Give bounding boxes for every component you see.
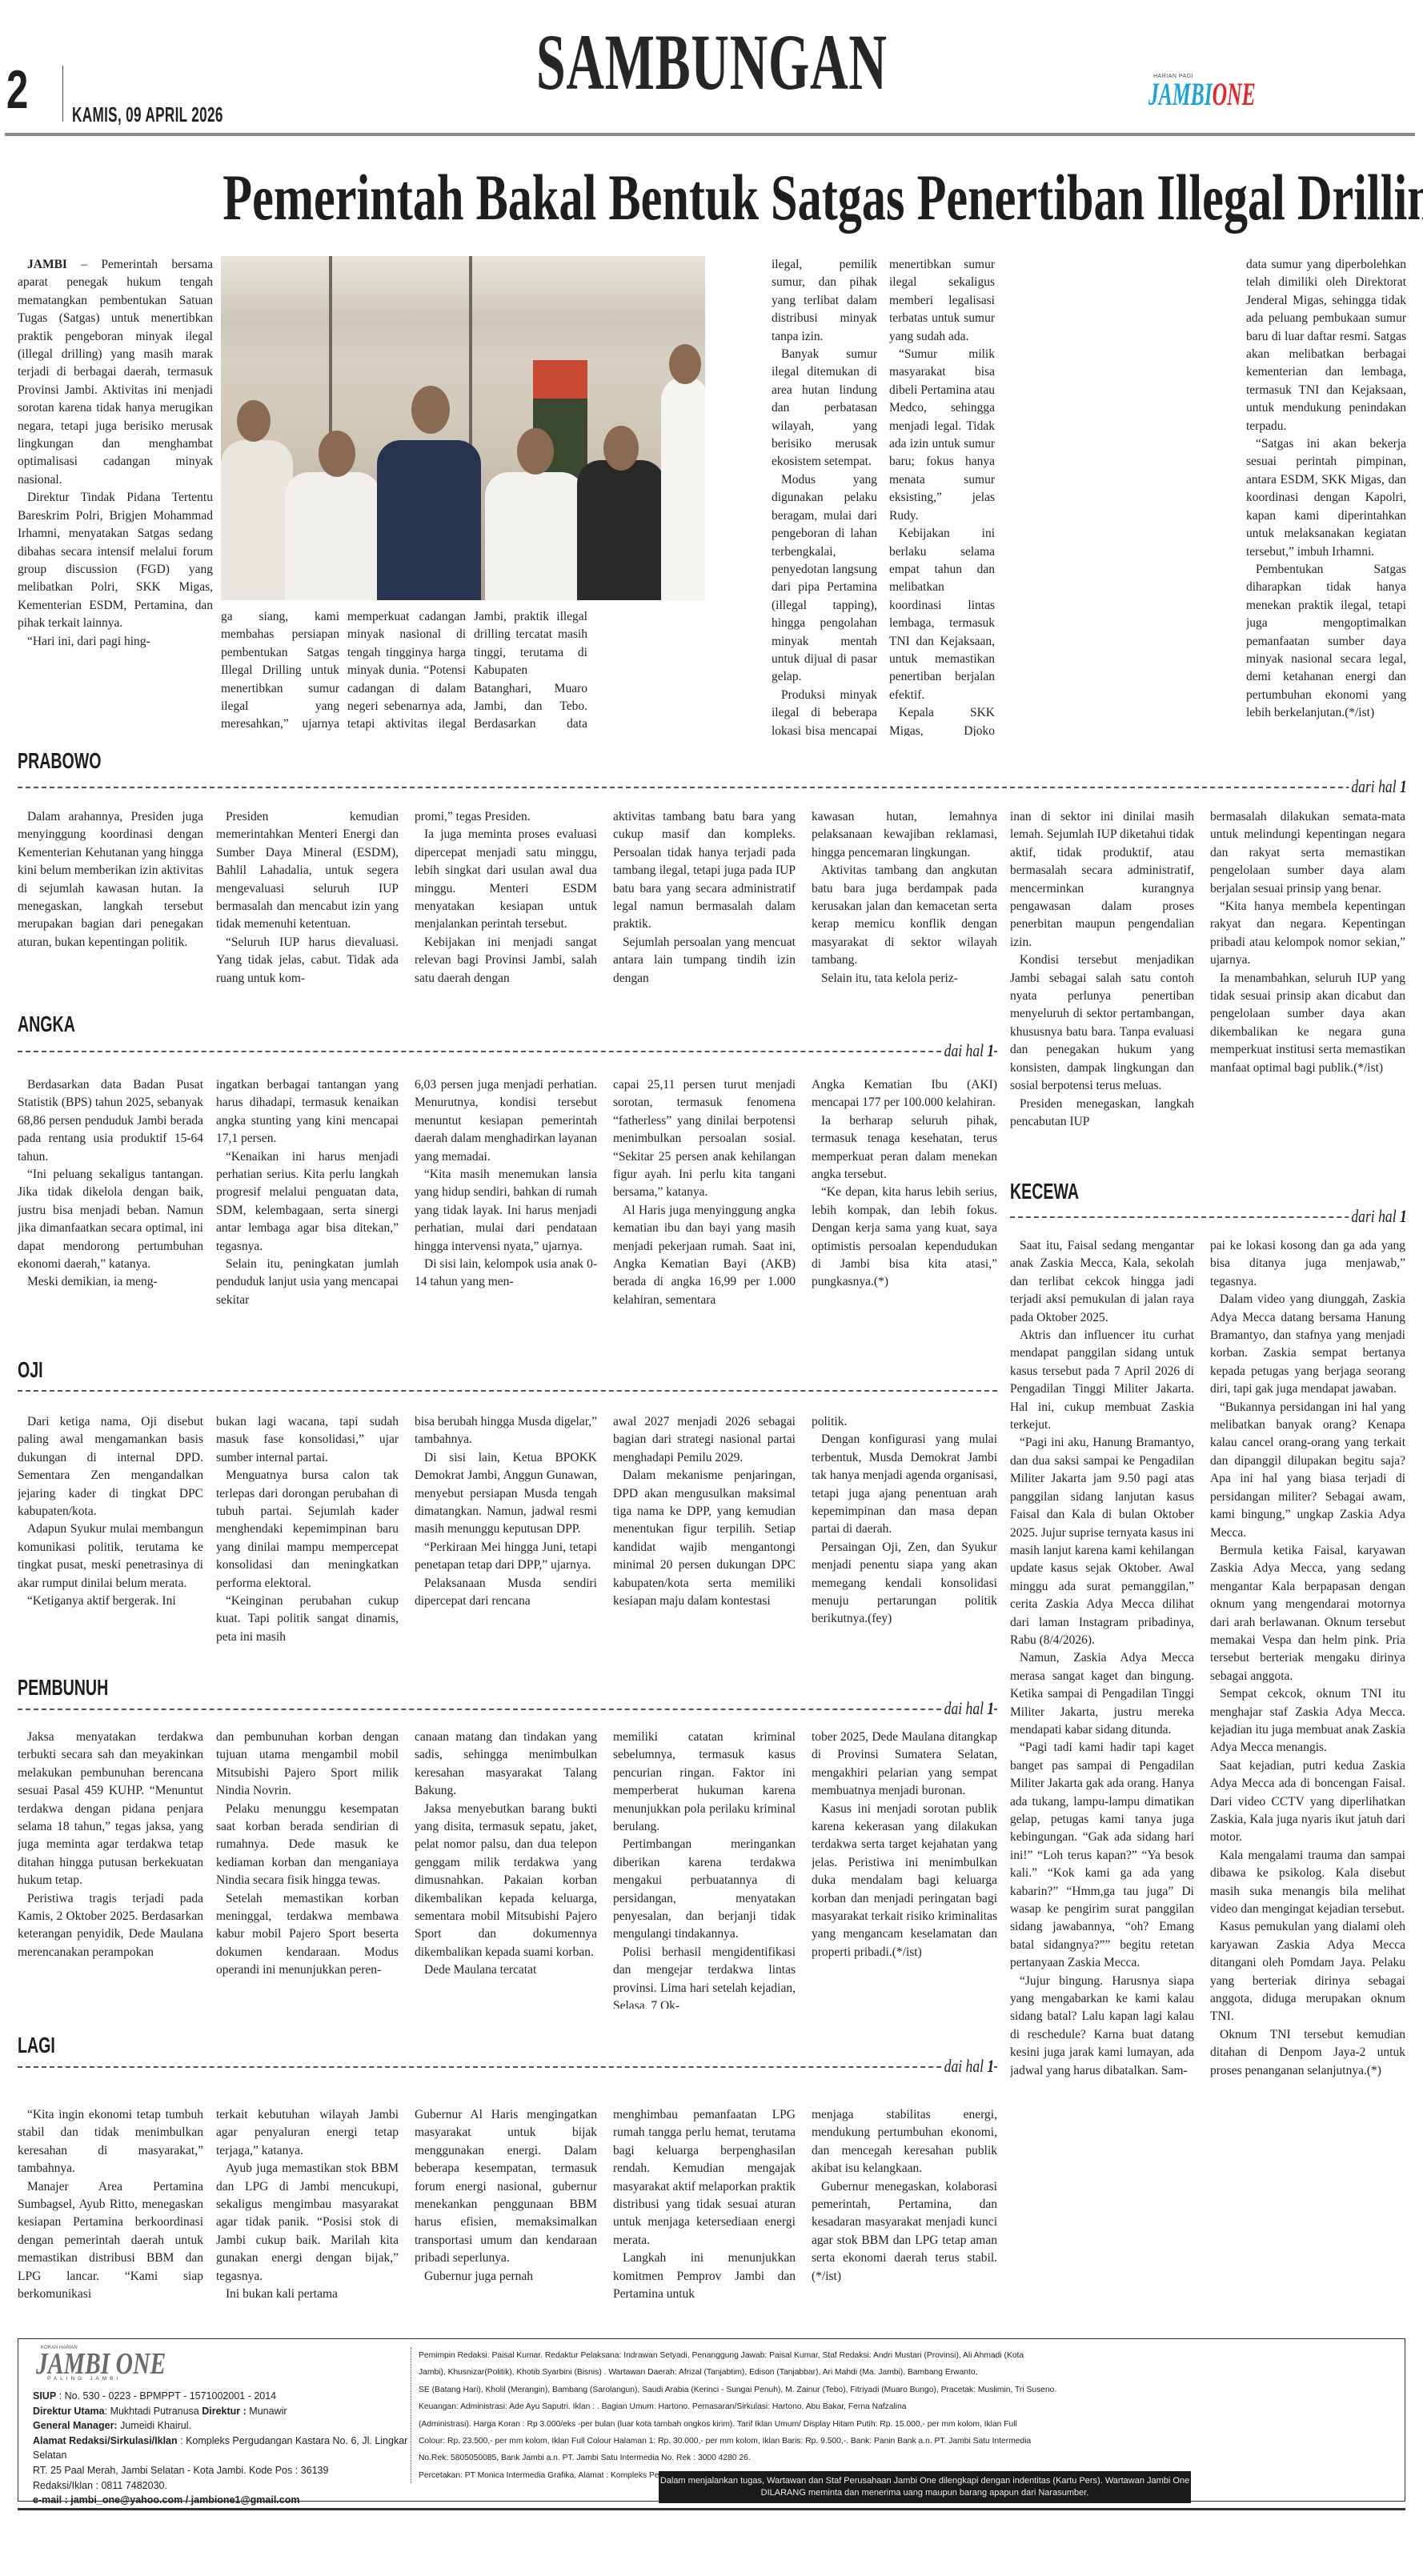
jump-note-angka: dai hal 1 [941, 1040, 994, 1061]
lagi-col-1: “Kita ingin ekonomi tetap tumbuh stabil … [18, 2106, 203, 2330]
oji-col-2: bukan lagi wacana, tapi sudah masuk fase… [216, 1413, 399, 1653]
jump-rule-pembunuh [18, 1709, 997, 1710]
lead-col-3: memperkuat cadangan minyak nasional di t… [347, 608, 466, 736]
masthead: 2 KAMIS, 09 APRIL 2026 SAMBUNGAN HARIAN … [0, 0, 1423, 136]
prabowo-col-1: Dalam arahannya, Presiden juga menyinggu… [18, 808, 203, 992]
jump-label-prabowo: PRABOWO [18, 750, 102, 772]
kecewa-col-2: pai ke lokasi kosong dan ga ada yang bis… [1210, 1237, 1405, 2334]
angka-col-2: ingatkan berbagai tantangan yang harus d… [216, 1076, 399, 1334]
angka-col-4: capai 25,11 persen turut menjadi sorotan… [613, 1076, 796, 1334]
pembunuh-col-5: tober 2025, Dede Maulana ditangkap di Pr… [812, 1729, 997, 2009]
jump-rule-lagi [18, 2066, 997, 2068]
imprint-staff-list: Pemimpin Redaksi: Paisal Kumar. Redaktur… [419, 2347, 1398, 2484]
prabowo-col-4: aktivitas tambang batu bara yang cukup m… [613, 808, 796, 992]
lead-col-5b: ilegal, pemilik sumur, dan pihak yang te… [772, 256, 877, 736]
pembunuh-col-4: memiliki catatan kriminal sebelumnya, te… [613, 1729, 796, 2009]
imprint-company-info: SIUP : No. 530 - 0223 - BPMPPT - 1571002… [33, 2389, 409, 2508]
lagi-col-3: Gubernur Al Haris mengingatkan masyaraka… [415, 2106, 597, 2330]
imprint-logo: KORAN HARIAN JAMBI ONE PALING JAMBI [36, 2346, 196, 2386]
jump-label-oji: OJI [18, 1359, 43, 1381]
jump-label-angka: ANGKA [18, 1013, 75, 1036]
jump-note-prabowo: dari hal 1 [1349, 776, 1407, 797]
lead-col-6: menertibkan sumur ilegal sekaligus membe… [889, 256, 995, 736]
lead-col-2: ga siang, kami membahas persiapan pemben… [221, 608, 339, 736]
lead-photo[interactable] [221, 256, 705, 600]
press-notice: Dalam menjalankan tugas, Wartawan dan St… [659, 2471, 1191, 2503]
bottom-rule [18, 2508, 1405, 2510]
jump-label-pembunuh: PEMBUNUH [18, 1677, 108, 1699]
angka-col-1: Berdasarkan data Badan Pusat Statistik (… [18, 1076, 203, 1334]
pembunuh-col-1: Jaksa menyatakan terdakwa terbukti secar… [18, 1729, 203, 2009]
jump-rule-oji [18, 1390, 997, 1392]
kecewa-col-1: Saat itu, Faisal sedang mengantar anak Z… [1010, 1237, 1194, 2334]
jump-rule-kecewa [1010, 1216, 1405, 1218]
jump-note-lagi: dai hal 1 [941, 2056, 994, 2077]
lead-column-right [1006, 256, 1112, 736]
prabowo-col-5: kawasan hutan, lemahnya pelaksanaan kewa… [812, 808, 997, 992]
imprint-box: KORAN HARIAN JAMBI ONE PALING JAMBI SIUP… [18, 2338, 1405, 2502]
brand-wordmark: JAMBIONE [1148, 78, 1256, 110]
masthead-rule [5, 133, 1415, 136]
lead-col-4: Jambi, praktik illegal drilling tercatat… [474, 608, 587, 736]
jump-label-lagi: LAGI [18, 2034, 55, 2057]
oji-col-5: politik.Dengan konfigurasi yang mulai te… [812, 1413, 997, 1653]
lead-col-1: JAMBI – Pemerintah bersama aparat penega… [18, 256, 213, 736]
lead-headline: Pemerintah Bakal Bentuk Satgas Penertiba… [0, 165, 1423, 230]
jump-label-kecewa: KECEWA [1010, 1180, 1079, 1203]
jump-rule-angka [18, 1051, 997, 1052]
prabowo-col-7: bermasalah dilakukan semata-mata untuk m… [1210, 808, 1405, 1168]
pembunuh-col-3: canaan matang dan tindakan yang sadis, s… [415, 1729, 597, 2009]
issue-date: KAMIS, 09 APRIL 2026 [72, 102, 223, 127]
pembunuh-col-2: dan pembunuhan korban dengan tujuan utam… [216, 1729, 399, 2009]
imprint-email[interactable]: e-mail : jambi_one@yahoo.com / jambione1… [33, 2494, 299, 2506]
lagi-col-5: menjaga stabilitas energi, mendukung per… [812, 2106, 997, 2330]
oji-col-4: awal 2027 menjadi 2026 sebagai bagian da… [613, 1413, 796, 1653]
lagi-col-4: menghimbau pemanfaatan LPG rumah tangga … [613, 2106, 796, 2330]
dateline: JAMBI [27, 258, 67, 271]
imprint-divider [411, 2347, 411, 2483]
jump-rule-prabowo [18, 787, 1407, 788]
jump-note-kecewa: dari hal 1 [1349, 1206, 1407, 1227]
oji-col-1: Dari ketiga nama, Oji disebut paling awa… [18, 1413, 203, 1653]
prabowo-col-2: Presiden kemudian memerintahkan Menteri … [216, 808, 399, 992]
lagi-col-2: terkait kebutuhan wilayah Jambi agar pen… [216, 2106, 399, 2330]
lead-col-final-right: data sumur yang diperbolehkan telah dimi… [1246, 256, 1406, 736]
oji-col-3: bisa berubah hingga Musda digelar,” tamb… [415, 1413, 597, 1653]
angka-col-5: Angka Kematian Ibu (AKI) mencapai 177 pe… [812, 1076, 997, 1334]
angka-col-3: 6,03 persen juga menjadi perhatian. Menu… [415, 1076, 597, 1334]
jambione-logo[interactable]: HARIAN PAGI JAMBIONE [1148, 74, 1229, 122]
prabowo-col-3: promi,” tegas Presiden.Ia juga meminta p… [415, 808, 597, 992]
jump-note-pembunuh: dai hal 1 [941, 1698, 994, 1719]
